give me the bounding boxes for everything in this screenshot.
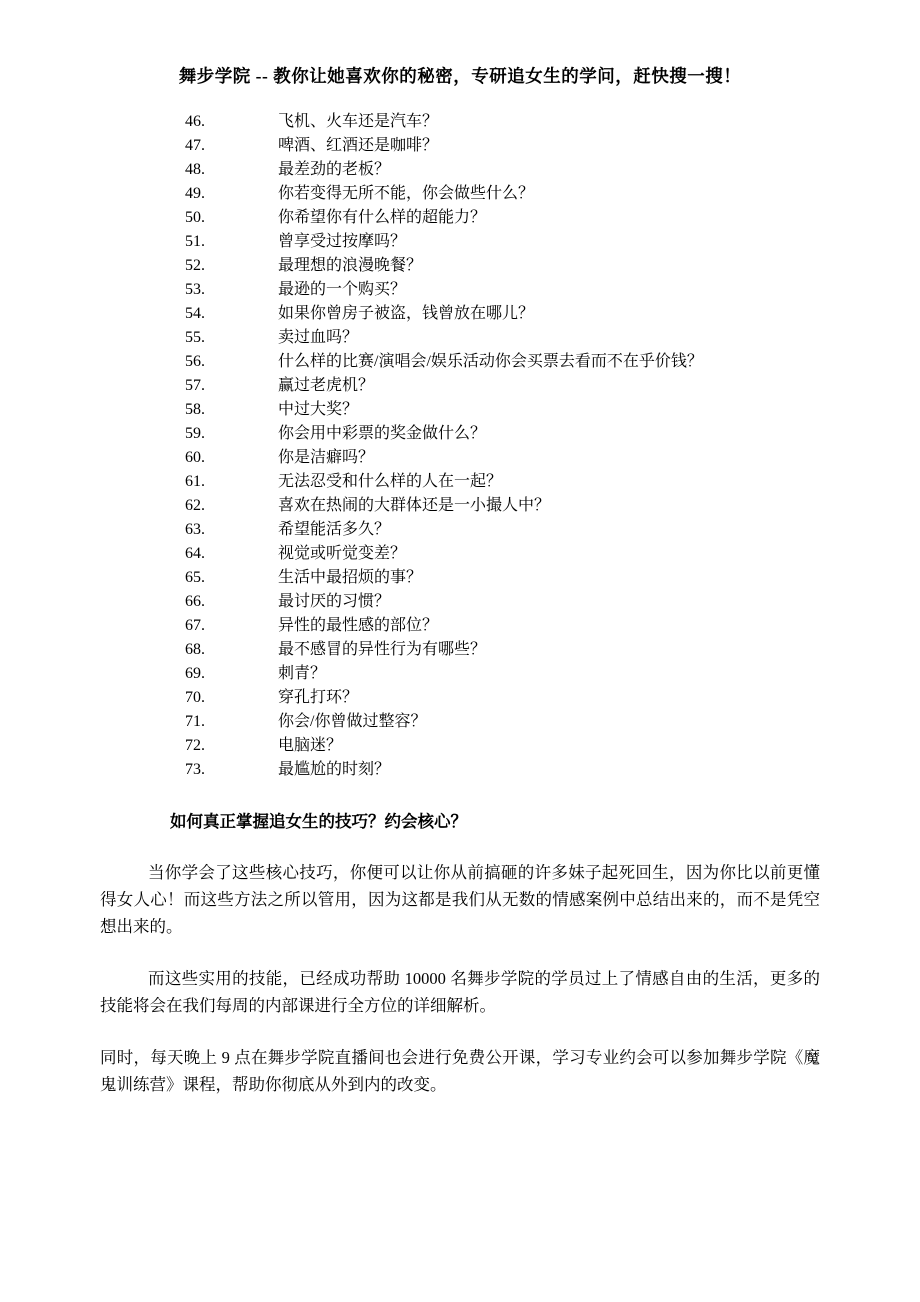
paragraph-core-skills: 当你学会了这些核心技巧，你便可以让你从前搞砸的许多妹子起死回生，因为你比以前更懂… — [100, 859, 820, 940]
list-item-text: 无法忍受和什么样的人在一起？ — [278, 470, 820, 494]
list-item-text: 你会用中彩票的奖金做什么？ — [278, 422, 820, 446]
list-item-number: 64. — [185, 542, 278, 566]
list-item-number: 50. — [185, 206, 278, 230]
document-header-title: 舞步学院 -- 教你让她喜欢你的秘密，专研追女生的学问，赶快搜一搜！ — [100, 62, 820, 90]
list-item: 50. 你希望你有什么样的超能力？ — [100, 206, 820, 230]
list-item: 48. 最差劲的老板？ — [100, 158, 820, 182]
list-item: 65. 生活中最招烦的事？ — [100, 566, 820, 590]
list-item-number: 71. — [185, 710, 278, 734]
list-item: 59. 你会用中彩票的奖金做什么？ — [100, 422, 820, 446]
list-item-number: 47. — [185, 134, 278, 158]
list-item: 67. 异性的最性感的部位？ — [100, 614, 820, 638]
list-item-text: 视觉或听觉变差？ — [278, 542, 820, 566]
list-item-text: 最差劲的老板？ — [278, 158, 820, 182]
list-item-number: 72. — [185, 734, 278, 758]
list-item: 62. 喜欢在热闹的大群体还是一小撮人中？ — [100, 494, 820, 518]
list-item-text: 中过大奖？ — [278, 398, 820, 422]
list-item-number: 46. — [185, 110, 278, 134]
list-item-text: 异性的最性感的部位？ — [278, 614, 820, 638]
list-item-text: 曾享受过按摩吗？ — [278, 230, 820, 254]
list-item-number: 48. — [185, 158, 278, 182]
list-item: 55. 卖过血吗？ — [100, 326, 820, 350]
list-item-text: 最尴尬的时刻？ — [278, 758, 820, 782]
list-item-number: 59. — [185, 422, 278, 446]
list-item-text: 刺青？ — [278, 662, 820, 686]
list-item: 54. 如果你曾房子被盗，钱曾放在哪儿？ — [100, 302, 820, 326]
list-item: 70. 穿孔打环？ — [100, 686, 820, 710]
list-item: 47. 啤酒、红酒还是咖啡？ — [100, 134, 820, 158]
list-item-text: 最不感冒的异性行为有哪些？ — [278, 638, 820, 662]
list-item-number: 68. — [185, 638, 278, 662]
list-item-number: 56. — [185, 350, 278, 374]
list-item: 53. 最逊的一个购买？ — [100, 278, 820, 302]
paragraph-live-course: 同时，每天晚上 9 点在舞步学院直播间也会进行免费公开课，学习专业约会可以参加舞… — [100, 1044, 820, 1098]
list-item-text: 穿孔打环？ — [278, 686, 820, 710]
list-item-text: 你是洁癖吗？ — [278, 446, 820, 470]
list-item: 46. 飞机、火车还是汽车？ — [100, 110, 820, 134]
list-item: 68. 最不感冒的异性行为有哪些？ — [100, 638, 820, 662]
list-item-number: 63. — [185, 518, 278, 542]
list-item-number: 58. — [185, 398, 278, 422]
list-item-text: 生活中最招烦的事？ — [278, 566, 820, 590]
list-item: 61. 无法忍受和什么样的人在一起？ — [100, 470, 820, 494]
list-item: 66. 最讨厌的习惯？ — [100, 590, 820, 614]
list-item-text: 最理想的浪漫晚餐？ — [278, 254, 820, 278]
list-item: 58. 中过大奖？ — [100, 398, 820, 422]
list-item: 60. 你是洁癖吗？ — [100, 446, 820, 470]
list-item-text: 电脑迷？ — [278, 734, 820, 758]
list-item-text: 什么样的比赛/演唱会/娱乐活动你会买票去看而不在乎价钱？ — [278, 350, 820, 374]
list-item-text: 赢过老虎机？ — [278, 374, 820, 398]
list-item: 51. 曾享受过按摩吗？ — [100, 230, 820, 254]
list-item-number: 65. — [185, 566, 278, 590]
list-item: 63. 希望能活多久？ — [100, 518, 820, 542]
list-item-number: 73. — [185, 758, 278, 782]
list-item-number: 70. — [185, 686, 278, 710]
list-item: 73. 最尴尬的时刻？ — [100, 758, 820, 782]
list-item-text: 最讨厌的习惯？ — [278, 590, 820, 614]
list-item-number: 55. — [185, 326, 278, 350]
list-item: 52. 最理想的浪漫晚餐？ — [100, 254, 820, 278]
list-item-text: 你若变得无所不能，你会做些什么？ — [278, 182, 820, 206]
list-item: 49. 你若变得无所不能，你会做些什么？ — [100, 182, 820, 206]
list-item: 71. 你会/你曾做过整容？ — [100, 710, 820, 734]
list-item-number: 62. — [185, 494, 278, 518]
list-item: 56. 什么样的比赛/演唱会/娱乐活动你会买票去看而不在乎价钱？ — [100, 350, 820, 374]
list-item-text: 喜欢在热闹的大群体还是一小撮人中？ — [278, 494, 820, 518]
list-item-text: 飞机、火车还是汽车？ — [278, 110, 820, 134]
list-item-text: 你希望你有什么样的超能力？ — [278, 206, 820, 230]
list-item-number: 67. — [185, 614, 278, 638]
list-item-text: 如果你曾房子被盗，钱曾放在哪儿？ — [278, 302, 820, 326]
list-item-text: 希望能活多久？ — [278, 518, 820, 542]
list-item-text: 啤酒、红酒还是咖啡？ — [278, 134, 820, 158]
list-item-number: 52. — [185, 254, 278, 278]
list-item: 64. 视觉或听觉变差？ — [100, 542, 820, 566]
list-item-number: 51. — [185, 230, 278, 254]
list-item-number: 66. — [185, 590, 278, 614]
question-list: 46. 飞机、火车还是汽车？ 47. 啤酒、红酒还是咖啡？ 48. 最差劲的老板… — [100, 110, 820, 782]
list-item-number: 57. — [185, 374, 278, 398]
section-heading: 如何真正掌握追女生的技巧？约会核心？ — [170, 810, 820, 834]
document-page: 舞步学院 -- 教你让她喜欢你的秘密，专研追女生的学问，赶快搜一搜！ 46. 飞… — [0, 0, 920, 1302]
list-item-number: 53. — [185, 278, 278, 302]
list-item-text: 你会/你曾做过整容？ — [278, 710, 820, 734]
list-item-number: 69. — [185, 662, 278, 686]
list-item-number: 49. — [185, 182, 278, 206]
paragraph-practical-skills: 而这些实用的技能，已经成功帮助 10000 名舞步学院的学员过上了情感自由的生活… — [100, 965, 820, 1019]
list-item: 57. 赢过老虎机？ — [100, 374, 820, 398]
list-item-number: 60. — [185, 446, 278, 470]
list-item-text: 最逊的一个购买？ — [278, 278, 820, 302]
list-item-number: 61. — [185, 470, 278, 494]
list-item-text: 卖过血吗？ — [278, 326, 820, 350]
list-item-number: 54. — [185, 302, 278, 326]
list-item: 72. 电脑迷？ — [100, 734, 820, 758]
list-item: 69. 刺青？ — [100, 662, 820, 686]
